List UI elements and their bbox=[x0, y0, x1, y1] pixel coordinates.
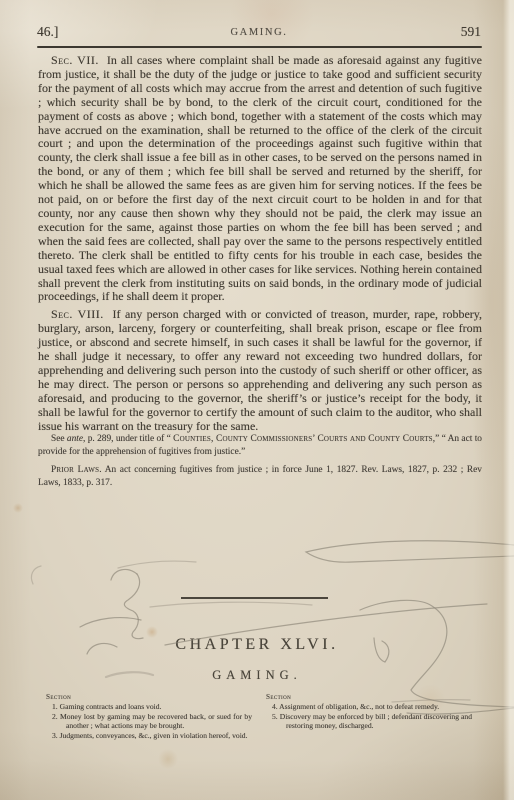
note-smallcaps-title: Counties, County Commissioners’ Courts a… bbox=[173, 434, 433, 444]
prior-laws-text: An act concerning fugitives from justice… bbox=[38, 465, 482, 488]
section-vii-label: Sec. VII. bbox=[51, 53, 99, 67]
toc-left-header: Section bbox=[46, 693, 252, 702]
note-text: See bbox=[51, 434, 67, 444]
section-divider-rule bbox=[181, 597, 328, 599]
pencil-scribble bbox=[80, 618, 141, 627]
toc-left-column: Section 1. Gaming contracts and loans vo… bbox=[46, 693, 252, 740]
header-rule bbox=[37, 46, 482, 48]
pencil-scribble bbox=[31, 566, 41, 584]
scanned-book-page: 46.] GAMING. 591 Sec. VII. In all cases … bbox=[0, 0, 514, 800]
prior-laws-label: Prior Laws. bbox=[51, 465, 102, 475]
chapter-title: CHAPTER XLVI. bbox=[0, 636, 514, 654]
section-vii-text: In all cases where complaint shall be ma… bbox=[38, 53, 482, 303]
prior-laws-note: Prior Laws. An act concerning fugitives … bbox=[38, 464, 482, 490]
toc-right-column: Section 4. Assignment of obligation, &c.… bbox=[266, 693, 472, 740]
toc-item: 5. Discovery may be enforced by bill ; d… bbox=[266, 712, 472, 731]
note-text: , p. 289, under title of “ bbox=[83, 434, 173, 444]
pencil-scribble bbox=[118, 561, 196, 568]
chapter-subtitle: GAMING. bbox=[0, 668, 514, 683]
toc-item: 2. Money lost by gaming may be recovered… bbox=[46, 712, 252, 731]
pencil-loop bbox=[306, 541, 514, 562]
section-viii-text: If any person charged with or convicted … bbox=[38, 307, 482, 432]
toc-item: 1. Gaming contracts and loans void. bbox=[46, 702, 252, 711]
pencil-scribble bbox=[150, 602, 312, 607]
pencil-scribble bbox=[124, 574, 143, 639]
page-number: 591 bbox=[461, 24, 481, 40]
running-title: GAMING. bbox=[37, 27, 481, 38]
chapter-contents: Section 1. Gaming contracts and loans vo… bbox=[46, 693, 472, 740]
section-viii-label: Sec. VIII. bbox=[51, 307, 104, 321]
running-header: 46.] GAMING. 591 bbox=[37, 24, 481, 42]
toc-item: 3. Judgments, conveyances, &c., given in… bbox=[46, 731, 252, 740]
toc-right-header: Section bbox=[266, 693, 472, 702]
note-italic-word: ante bbox=[67, 434, 83, 444]
section-vii-paragraph: Sec. VII. In all cases where complaint s… bbox=[38, 54, 482, 304]
cross-reference-note: See ante, p. 289, under title of “ Count… bbox=[38, 433, 482, 459]
section-viii-paragraph: Sec. VIII. If any person charged with or… bbox=[38, 308, 482, 433]
toc-item: 4. Assignment of obligation, &c., not to… bbox=[266, 702, 472, 711]
pencil-scribble bbox=[111, 569, 137, 580]
body-text: Sec. VII. In all cases where complaint s… bbox=[38, 54, 482, 490]
